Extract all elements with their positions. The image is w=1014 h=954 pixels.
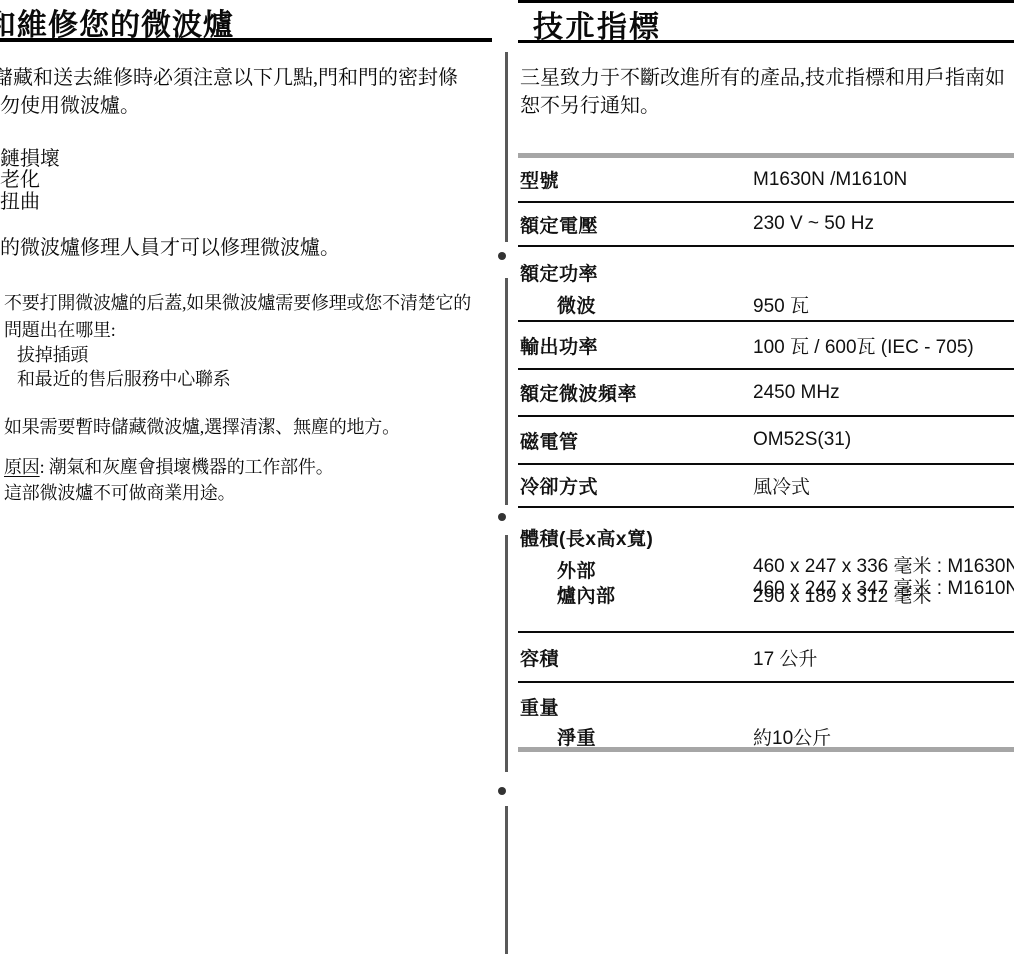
repair-note: 的微波爐修理人員才可以修理微波爐。 <box>0 236 340 260</box>
spec-label: 額定微波頻率 <box>518 379 637 406</box>
spec-value: 230 V ~ 50 Hz <box>753 213 874 235</box>
manual-page: 和維修您的微波爐 儲藏和送去維修時必須注意以下几點,門和門的密封條 勿使用微波爐… <box>0 0 1014 954</box>
revision-bullet <box>498 787 506 795</box>
spec-label: 型號 <box>518 166 559 193</box>
spec-group-label: 額定功率 <box>518 259 1014 286</box>
spec-row-voltage: 額定電壓 230 V ~ 50 Hz <box>518 203 1014 247</box>
spec-sub-label: 爐內部 <box>518 581 616 608</box>
change-bar-segment <box>505 52 508 242</box>
spec-value: 290 x 189 x 312 毫米 <box>753 581 932 608</box>
spec-sub-label: 外部 <box>518 556 596 583</box>
commercial-note: 這部微波爐不可做商業用途。 <box>4 482 235 504</box>
left-title-rule <box>0 38 492 42</box>
spec-row-dimensions: 體積(長x高x寬) 外部 460 x 247 x 336 毫米 : M1630N… <box>518 508 1014 633</box>
spec-table: 型號 M1630N /M1610N 額定電壓 230 V ~ 50 Hz 額定功… <box>518 153 1014 752</box>
spec-group-label: 重量 <box>518 693 1014 720</box>
spec-row-frequency: 額定微波頻率 2450 MHz <box>518 370 1014 417</box>
spec-row-rated-power: 額定功率 微波 950 瓦 <box>518 247 1014 322</box>
reason-text: : 潮氣和灰塵會損壞機器的工作部件。 <box>40 457 334 477</box>
right-intro-line-2: 恕不另行通知。 <box>520 94 660 118</box>
spec-value: M1630N /M1610N <box>753 169 907 191</box>
spec-value-line: 460 x 247 x 336 毫米 : M1630N <box>753 556 1014 578</box>
change-bar-segment <box>505 278 508 505</box>
warning-line-1: 不要打開微波爐的后蓋,如果微波爐需要修理或您不清楚它的 <box>4 292 471 314</box>
revision-bullet <box>498 513 506 521</box>
right-intro-line-1: 三星致力于不斷改進所有的產品,技朮指標和用戶指南如 <box>520 66 1005 90</box>
spec-label: 冷卻方式 <box>518 472 598 499</box>
spec-value: 2450 MHz <box>753 382 840 404</box>
spec-value: 100 瓦 / 600瓦 (IEC - 705) <box>753 332 974 359</box>
warning-line-2: 問題出在哪里: <box>4 319 116 341</box>
left-intro-line-2: 勿使用微波爐。 <box>0 94 140 118</box>
spec-label: 磁電管 <box>518 427 579 454</box>
spec-row-capacity: 容積 17 公升 <box>518 633 1014 683</box>
spec-row-weight: 重量 淨重 約10公斤 <box>518 683 1014 747</box>
damage-list-item: 扭曲 <box>0 190 40 214</box>
spec-sub-label: 微波 <box>518 291 596 318</box>
spec-row-model: 型號 M1630N /M1610N <box>518 158 1014 203</box>
spec-row-cooling: 冷卻方式 風冷式 <box>518 465 1014 508</box>
revision-bullet <box>498 252 506 260</box>
change-bar-segment <box>505 535 508 772</box>
spec-sub-row: 淨重 約10公斤 <box>518 724 1014 748</box>
damage-list-item: 老化 <box>0 168 40 192</box>
spec-sub-row: 外部 460 x 247 x 336 毫米 : M1630N 460 x 247… <box>518 556 1014 583</box>
spec-label: 額定電壓 <box>518 211 598 238</box>
reason-label: 原因 <box>4 457 40 477</box>
spec-group-label: 體積(長x高x寬) <box>518 524 1014 551</box>
spec-value: OM52S(31) <box>753 429 851 451</box>
spec-sub-label: 淨重 <box>518 723 596 750</box>
spec-label: 容積 <box>518 644 559 671</box>
spec-value: 950 瓦 <box>753 291 809 318</box>
spec-sub-row: 微波 950 瓦 <box>518 292 1014 316</box>
spec-value: 風冷式 <box>753 472 810 499</box>
spec-label: 輸出功率 <box>518 332 598 359</box>
spec-row-output-power: 輸出功率 100 瓦 / 600瓦 (IEC - 705) <box>518 322 1014 370</box>
change-bar-segment <box>505 806 508 954</box>
right-title-rule-bottom <box>518 40 1014 43</box>
left-intro-line-1: 儲藏和送去維修時必須注意以下几點,門和門的密封條 <box>0 66 458 90</box>
spec-row-magnetron: 磁電管 OM52S(31) <box>518 417 1014 465</box>
spec-sub-row: 爐內部 290 x 189 x 312 毫米 <box>518 583 1014 605</box>
storage-note: 如果需要暫時儲藏微波爐,選擇清潔、無塵的地方。 <box>4 416 400 438</box>
spec-value: 17 公升 <box>753 644 817 671</box>
step-item: 拔掉插頭 <box>17 344 88 366</box>
reason-line: 原因: 潮氣和灰塵會損壞機器的工作部件。 <box>4 456 334 478</box>
spec-value: 約10公斤 <box>753 723 831 750</box>
step-item: 和最近的售后服務中心聯系 <box>17 368 231 390</box>
